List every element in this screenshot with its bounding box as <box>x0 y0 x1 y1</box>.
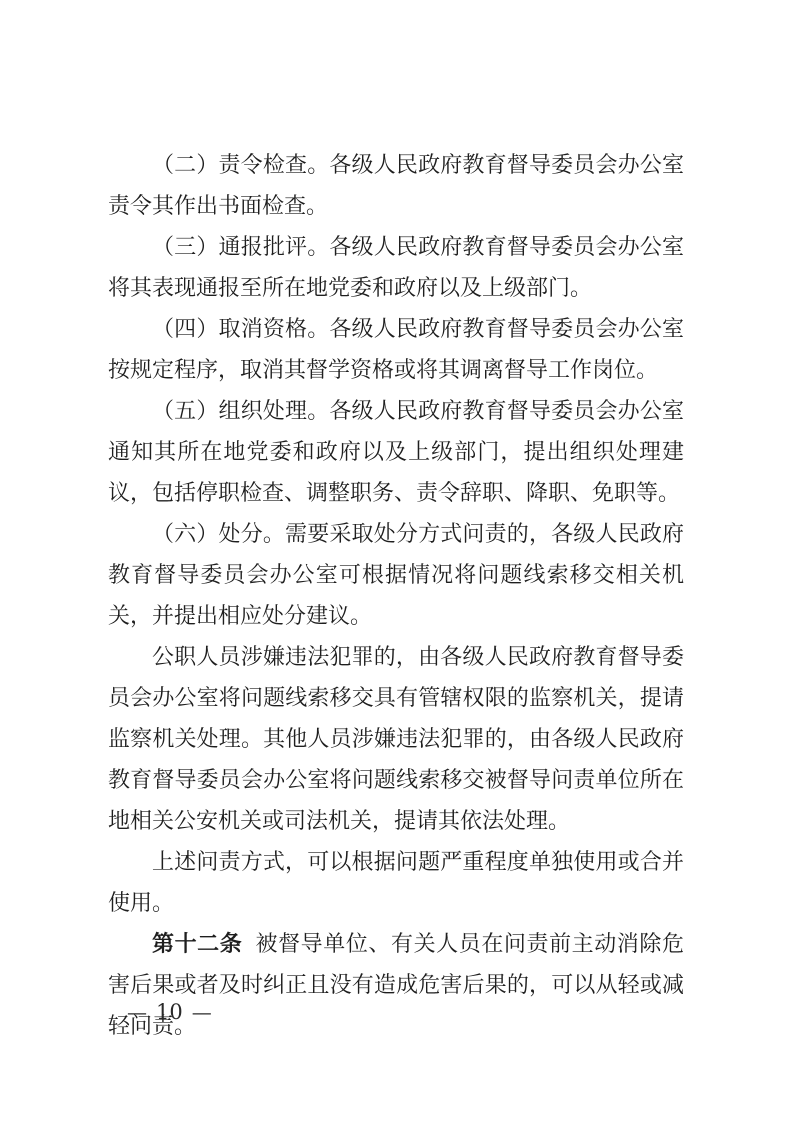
document-page: （二）责令检查。各级人民政府教育督导委员会办公室责令其作出书面检查。（三）通报批… <box>0 0 793 1122</box>
paragraph-7: 上述问责方式，可以根据问题严重程度单独使用或合并使用。 <box>108 842 684 924</box>
paragraph-4: （五）组织处理。各级人民政府教育督导委员会办公室通知其所在地党委和政府以及上级部… <box>108 391 684 514</box>
article-number: 第十二条 <box>152 932 242 957</box>
paragraph-1: （二）责令检查。各级人民政府教育督导委员会办公室责令其作出书面检查。 <box>108 145 684 227</box>
paragraph-2: （三）通报批评。各级人民政府教育督导委员会办公室将其表现通报至所在地党委和政府以… <box>108 227 684 309</box>
page-footer: — 10 — <box>127 1000 212 1024</box>
paragraph-3: （四）取消资格。各级人民政府教育督导委员会办公室按规定程序，取消其督学资格或将其… <box>108 309 684 391</box>
footer-page-number: 10 <box>156 1000 183 1024</box>
footer-dash-right: — <box>192 1000 212 1024</box>
paragraph-8: 第十二条被督导单位、有关人员在问责前主动消除危害后果或者及时纠正且没有造成危害后… <box>108 924 684 1047</box>
paragraph-5: （六）处分。需要采取处分方式问责的，各级人民政府教育督导委员会办公室可根据情况将… <box>108 514 684 637</box>
paragraph-6: 公职人员涉嫌违法犯罪的，由各级人民政府教育督导委员会办公室将问题线索移交具有管辖… <box>108 637 684 842</box>
footer-dash-left: — <box>127 1000 147 1024</box>
document-body: （二）责令检查。各级人民政府教育督导委员会办公室责令其作出书面检查。（三）通报批… <box>108 145 684 1047</box>
